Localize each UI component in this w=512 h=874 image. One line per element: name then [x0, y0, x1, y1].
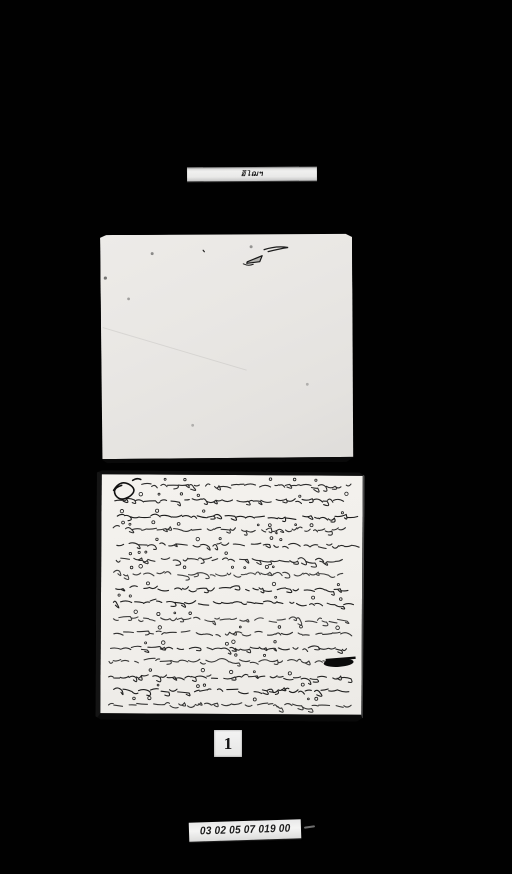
- page-number-label: 1: [214, 730, 242, 757]
- ink-scribble: [195, 241, 305, 270]
- paper-specks: [100, 235, 102, 237]
- blank-leaf: [100, 233, 354, 464]
- text-leaf: [95, 470, 365, 722]
- title-label-text: อีโฌฯ: [241, 170, 263, 178]
- title-label: อีโฌฯ: [187, 167, 317, 182]
- page-number-text: 1: [224, 735, 233, 752]
- manuscript-text-svg: [101, 475, 362, 715]
- archive-code-label: 03 02 05 07 019 00: [189, 819, 302, 842]
- film-photo-stage: อีโฌฯ 1 03 02 05 07 019 00: [0, 0, 512, 874]
- archive-code-text: 03 02 05 07 019 00: [200, 824, 291, 838]
- paper-crease: [103, 327, 247, 371]
- film-dash-mark: [304, 825, 315, 829]
